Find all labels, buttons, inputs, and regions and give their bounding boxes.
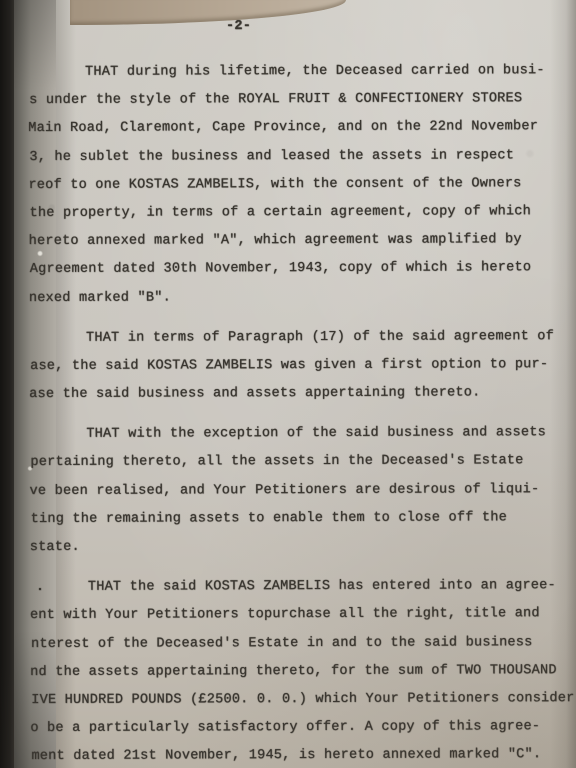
text-line: THAT the said KOSTAS ZAMBELIS has entere…: [31, 572, 573, 602]
text-line: the property, in terms of a certain agre…: [29, 198, 571, 228]
text-line: state.: [30, 532, 573, 562]
text-line: Main Road, Claremont, Cape Province, and…: [28, 113, 571, 143]
document-body: THAT during his lifetime, the Deceased c…: [28, 57, 573, 768]
page-number: -2-: [226, 19, 251, 34]
text-line: IVE HUNDRED POUNDS (£2500. 0. 0.) which …: [31, 685, 573, 715]
paragraph: THAT in terms of Paragraph (17) of the s…: [29, 323, 572, 409]
text-line: THAT in terms of Paragraph (17) of the s…: [29, 323, 572, 353]
paragraph: .THAT the said KOSTAS ZAMBELIS has enter…: [30, 572, 574, 768]
page-corner-background: [70, 0, 346, 25]
text-line: ase the said business and assets apperta…: [29, 379, 572, 409]
book-binding-shadow: [0, 0, 14, 768]
text-line: o be a particularly satisfactory offer. …: [30, 713, 573, 743]
text-line: THAT with the exception of the said busi…: [29, 419, 572, 449]
text-line: ting the remaining assets to enable them…: [31, 504, 573, 534]
text-line: Agreement dated 30th November, 1943, cop…: [30, 254, 572, 284]
scanned-document-photo: -2- THAT during his lifetime, the Deceas…: [0, 0, 576, 768]
text-line: ment dated 21st November, 1945, is heret…: [31, 741, 573, 768]
text-line: nd the assets appertaining thereto, for …: [30, 657, 573, 687]
text-line: hereto annexed marked "A", which agreeme…: [29, 226, 572, 256]
text-line: reof to one KOSTAS ZAMBELIS, with the co…: [28, 170, 571, 200]
text-line: nterest of the Deceased's Estate in and …: [31, 629, 573, 659]
text-line: ase, the said KOSTAS ZAMBELIS was given …: [30, 351, 572, 381]
text-line: ve been realised, and Your Petitioners a…: [29, 476, 572, 506]
paragraph: THAT during his lifetime, the Deceased c…: [28, 57, 572, 313]
text-line: 3, he sublet the business and leased the…: [29, 142, 571, 172]
paragraph-marker: .: [36, 574, 44, 602]
paragraph: THAT with the exception of the said busi…: [29, 419, 572, 562]
text-line: s under the style of the ROYAL FRUIT & C…: [29, 85, 571, 115]
text-line: ent with Your Petitioners topurchase all…: [30, 600, 573, 630]
text-line: nexed marked "B".: [29, 283, 572, 313]
text-line: pertaining thereto, all the assets in th…: [30, 448, 572, 478]
text-line: THAT during his lifetime, the Deceased c…: [28, 57, 571, 87]
